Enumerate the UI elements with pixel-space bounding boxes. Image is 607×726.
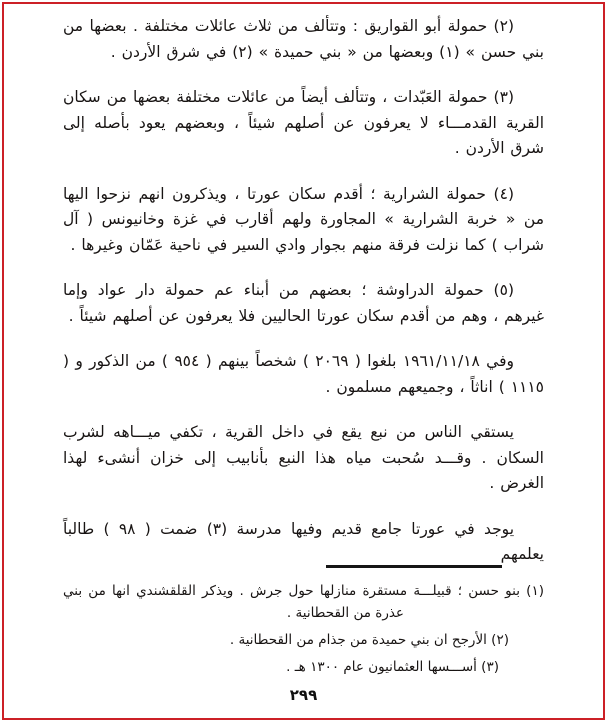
paragraph-hamula-sharariya: (٤) حمولة الشرارية ؛ أقدم سكان عورتا ، و…: [63, 182, 544, 259]
page-body-text: (٢) حمولة أبو القواريق : وتتألف من ثلاث …: [63, 14, 544, 588]
paragraph-population-1961: وفي ١٩٦١/١١/١٨ بلغوا ( ٢٠٦٩ ) شخصاً بينه…: [63, 349, 544, 400]
paragraph-mosque-school: يوجد في عورتا جامع قديم وفيها مدرسة (٣) …: [63, 517, 544, 568]
footnotes-section: (١) بنو حسن ؛ قبيلـــة مستقرة منازلها حو…: [63, 565, 544, 683]
paragraph-hamula-abu-qawariq: (٢) حمولة أبو القواريق : وتتألف من ثلاث …: [63, 14, 544, 65]
book-page: (٢) حمولة أبو القواريق : وتتألف من ثلاث …: [0, 0, 607, 726]
paragraph-water-spring: يستقي الناس من نبع يقع في داخل القرية ، …: [63, 420, 544, 497]
footnote-1: (١) بنو حسن ؛ قبيلـــة مستقرة منازلها حو…: [63, 580, 544, 624]
page-number: ٢٩٩: [0, 686, 607, 704]
paragraph-hamula-darawsha: (٥) حمولة الدراوشة ؛ بعضهم من أبناء عم ح…: [63, 278, 544, 329]
footnote-3: (٣) أســـسها العثمانيون عام ١٣٠٠ هـ .: [63, 656, 499, 678]
paragraph-hamula-abbadat: (٣) حمولة العَبّدات ، وتتألف أيضاً من عا…: [63, 85, 544, 162]
footnote-separator-rule: [326, 565, 502, 568]
footnote-2: (٢) الأرجح ان بني حميدة من جذام من القحط…: [63, 629, 509, 651]
